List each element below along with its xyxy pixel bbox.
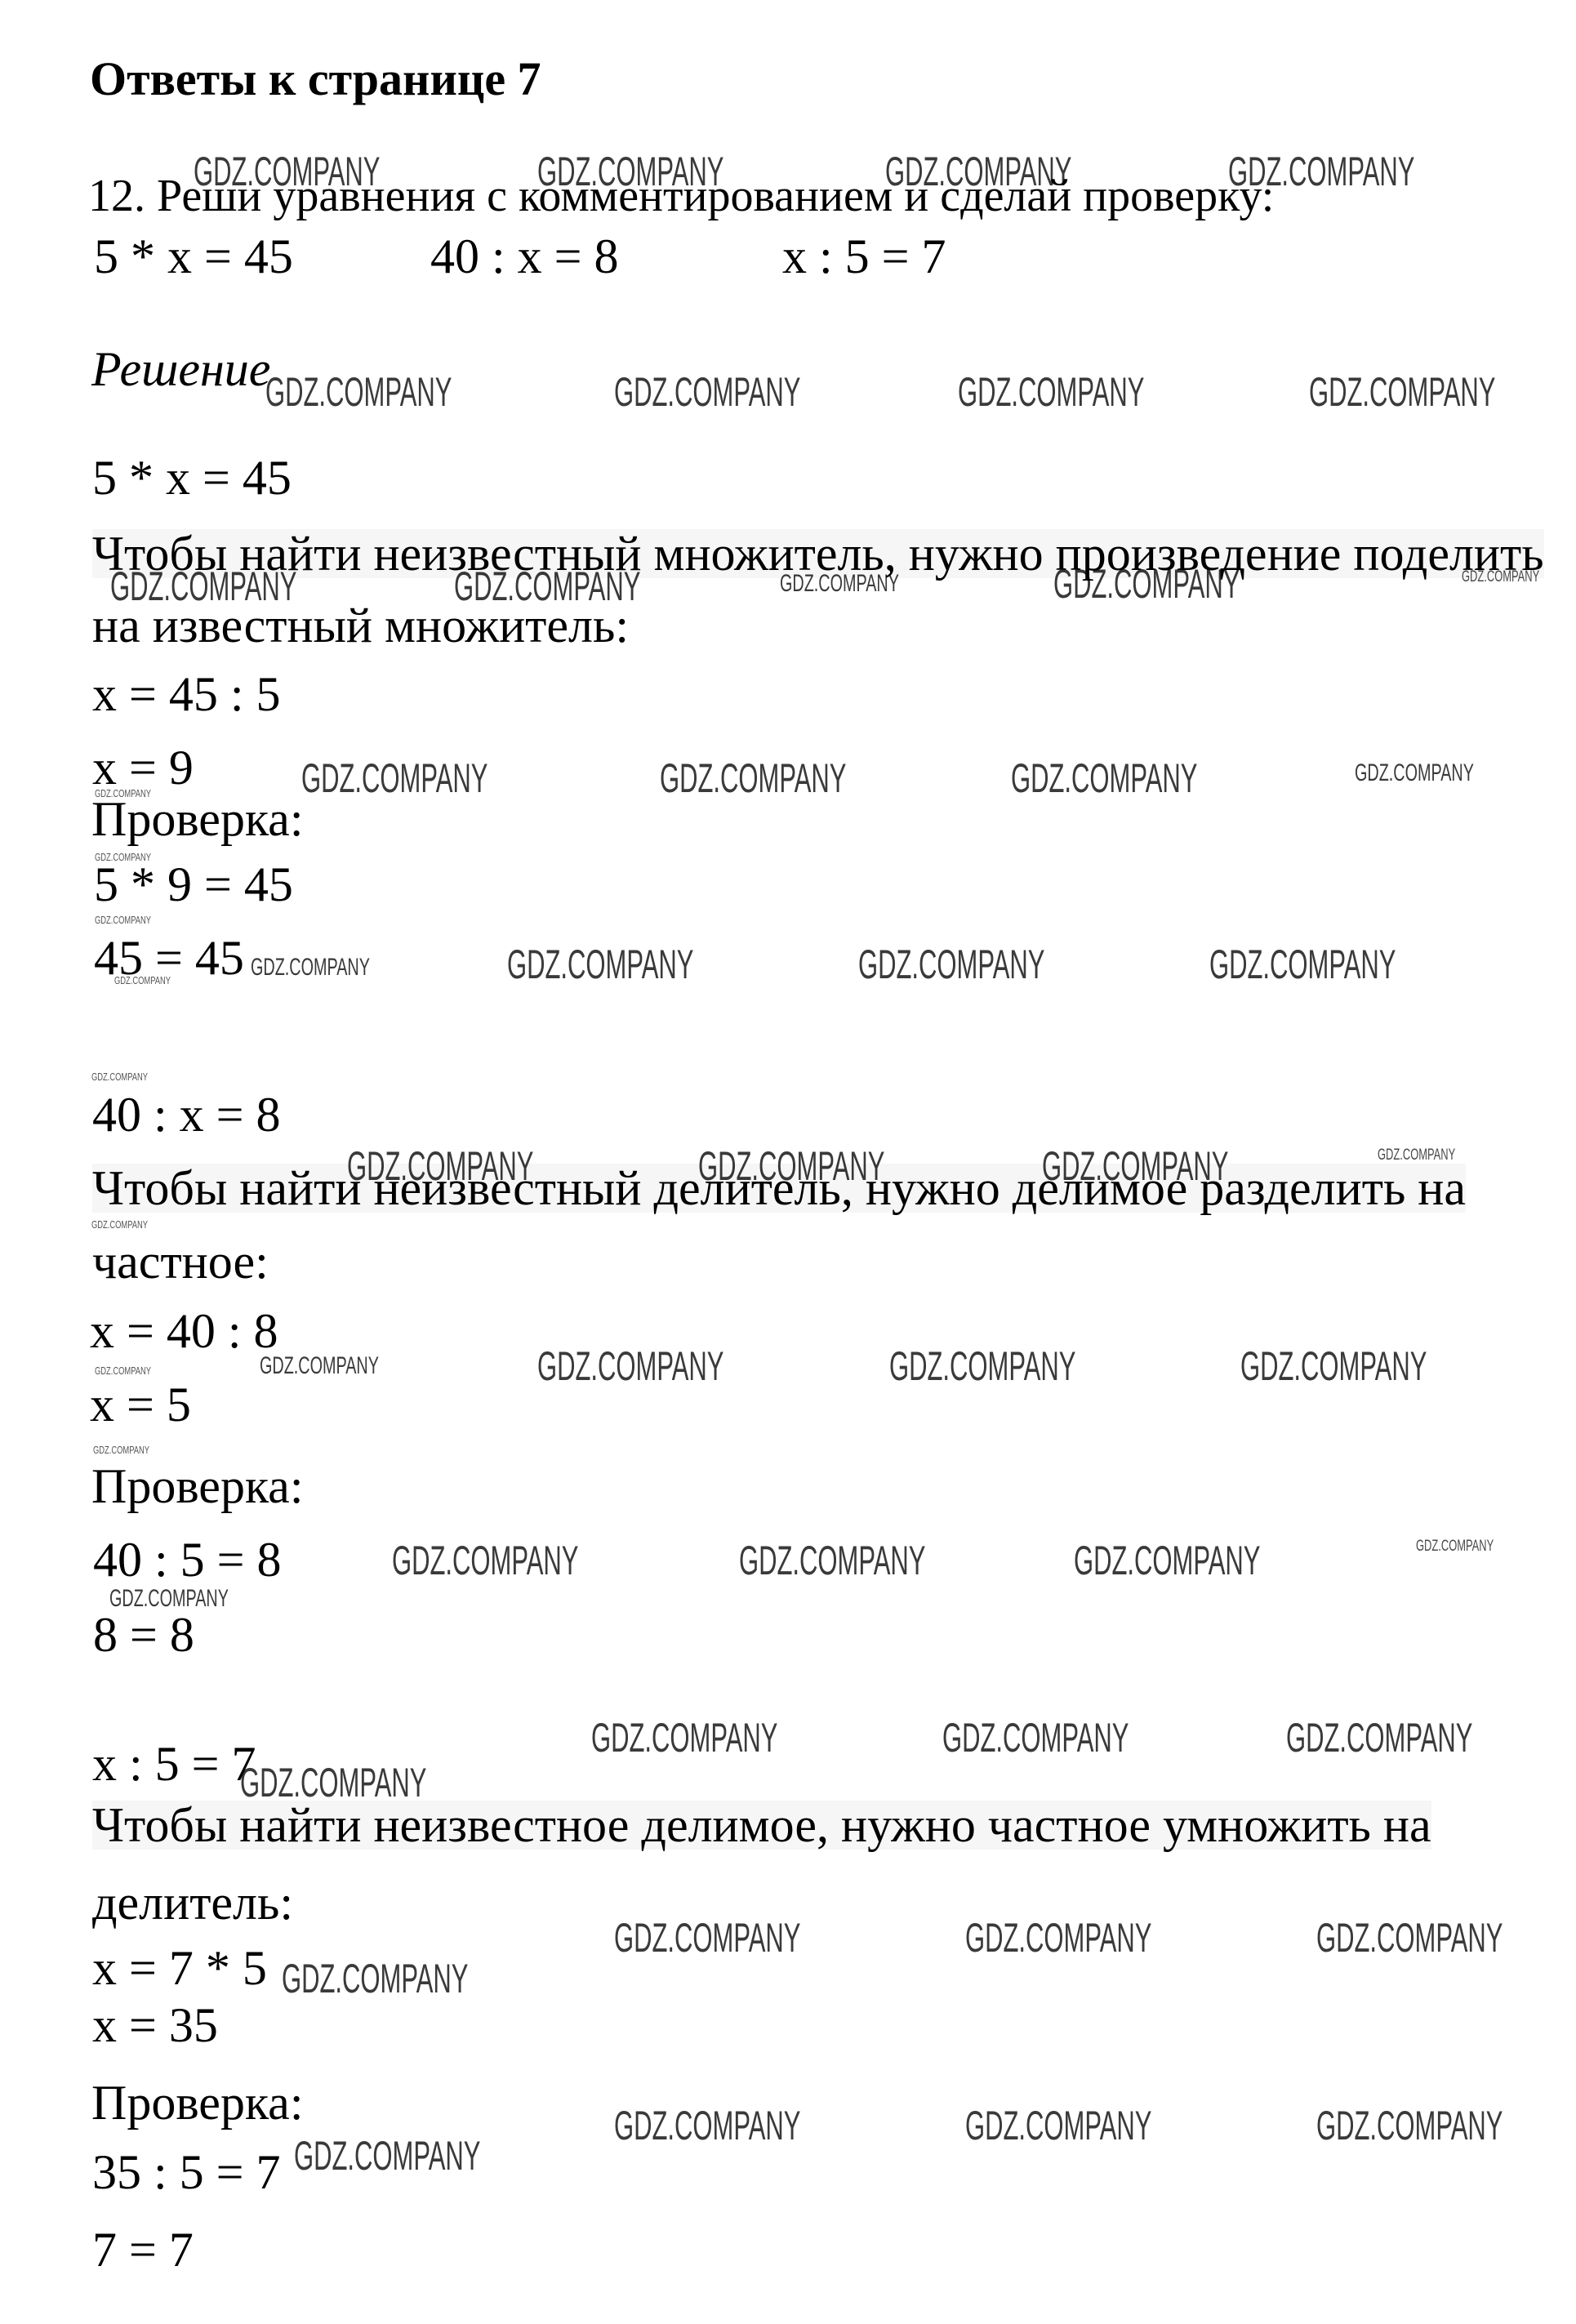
solution2-step2: x = 5	[90, 1380, 191, 1429]
solution1-step1: x = 45 : 5	[92, 670, 281, 719]
watermark: GDZ.COMPANY	[91, 1219, 148, 1230]
solution2-step1: x = 40 : 8	[90, 1307, 278, 1356]
solution3-rule-line1: Чтобы найти неизвестное делимое, нужно ч…	[92, 1801, 1431, 1850]
solution3-step1: x = 7 * 5	[92, 1943, 267, 1992]
solution1-equation: 5 * x = 45	[92, 453, 292, 502]
page-title: Ответы к странице 7	[90, 56, 541, 103]
solution2-equation: 40 : x = 8	[92, 1090, 281, 1139]
watermark: GDZ.COMPANY	[1286, 1717, 1472, 1758]
watermark: GDZ.COMPANY	[1316, 2105, 1503, 2146]
solution3-check-label: Проверка:	[91, 2078, 303, 2127]
watermark: GDZ.COMPANY	[614, 1917, 800, 1958]
task-prompt: 12. Реши уравнения с комментированием и …	[88, 173, 1274, 219]
solution-label: Решение	[91, 345, 270, 394]
watermark: GDZ.COMPANY	[1011, 758, 1197, 799]
watermark: GDZ.COMPANY	[1316, 1917, 1503, 1958]
watermark: GDZ.COMPANY	[660, 758, 846, 799]
watermark: GDZ.COMPANY	[91, 1071, 148, 1082]
watermark: GDZ.COMPANY	[537, 1346, 723, 1387]
solution1-rule-line2: на известный множитель:	[92, 601, 629, 650]
watermark: GDZ.COMPANY	[1074, 1540, 1260, 1581]
solution3-equation: x : 5 = 7	[92, 1739, 256, 1788]
watermark: GDZ.COMPANY	[739, 1540, 925, 1581]
watermark: GDZ.COMPANY	[1355, 761, 1474, 786]
watermark: GDZ.COMPANY	[591, 1717, 777, 1758]
answers-page: GDZ.COMPANYGDZ.COMPANYGDZ.COMPANYGDZ.COM…	[0, 0, 1576, 2324]
watermark: GDZ.COMPANY	[614, 2105, 800, 2146]
solution2-check1: 40 : 5 = 8	[93, 1535, 282, 1584]
solution3-check2: 7 = 7	[92, 2225, 194, 2274]
solution3-step2: x = 35	[92, 2001, 218, 2050]
watermark: GDZ.COMPANY	[251, 955, 370, 980]
task-equation-2: 40 : x = 8	[430, 232, 619, 281]
watermark: GDZ.COMPANY	[958, 372, 1144, 412]
watermark: GDZ.COMPANY	[1416, 1538, 1494, 1554]
solution1-check1: 5 * 9 = 45	[94, 860, 293, 909]
task-equation-1: 5 * x = 45	[94, 232, 293, 281]
watermark: GDZ.COMPANY	[1309, 372, 1495, 412]
task-equation-3: x : 5 = 7	[782, 232, 946, 281]
solution3-check1: 35 : 5 = 7	[92, 2148, 281, 2197]
solution1-rule-line1: Чтобы найти неизвестный множитель, нужно…	[92, 529, 1544, 578]
solution1-step2: x = 9	[92, 743, 194, 792]
solution2-rule-line2: частное:	[92, 1237, 269, 1286]
watermark: GDZ.COMPANY	[1209, 944, 1396, 985]
solution3-rule-line2: делитель:	[92, 1878, 293, 1927]
watermark: GDZ.COMPANY	[614, 372, 800, 412]
solution2-check-label: Проверка:	[91, 1462, 303, 1511]
watermark: GDZ.COMPANY	[93, 1445, 149, 1455]
watermark: GDZ.COMPANY	[294, 2135, 480, 2176]
solution1-check2: 45 = 45	[94, 933, 244, 982]
solution1-check-label: Проверка:	[91, 795, 303, 844]
watermark: GDZ.COMPANY	[95, 915, 151, 925]
watermark: GDZ.COMPANY	[965, 1917, 1151, 1958]
watermark: GDZ.COMPANY	[507, 944, 693, 985]
watermark: GDZ.COMPANY	[858, 944, 1044, 985]
watermark: GDZ.COMPANY	[392, 1540, 578, 1581]
solution2-check2: 8 = 8	[93, 1610, 194, 1659]
watermark: GDZ.COMPANY	[301, 758, 487, 799]
solution2-rule-line1: Чтобы найти неизвестный делитель, нужно …	[92, 1164, 1466, 1213]
watermark: GDZ.COMPANY	[265, 372, 452, 412]
watermark: GDZ.COMPANY	[95, 1365, 151, 1376]
watermark: GDZ.COMPANY	[965, 2105, 1151, 2146]
watermark: GDZ.COMPANY	[1240, 1346, 1427, 1387]
watermark: GDZ.COMPANY	[942, 1717, 1129, 1758]
watermark: GDZ.COMPANY	[240, 1762, 426, 1803]
watermark: GDZ.COMPANY	[282, 1958, 468, 1999]
watermark: GDZ.COMPANY	[889, 1346, 1075, 1387]
